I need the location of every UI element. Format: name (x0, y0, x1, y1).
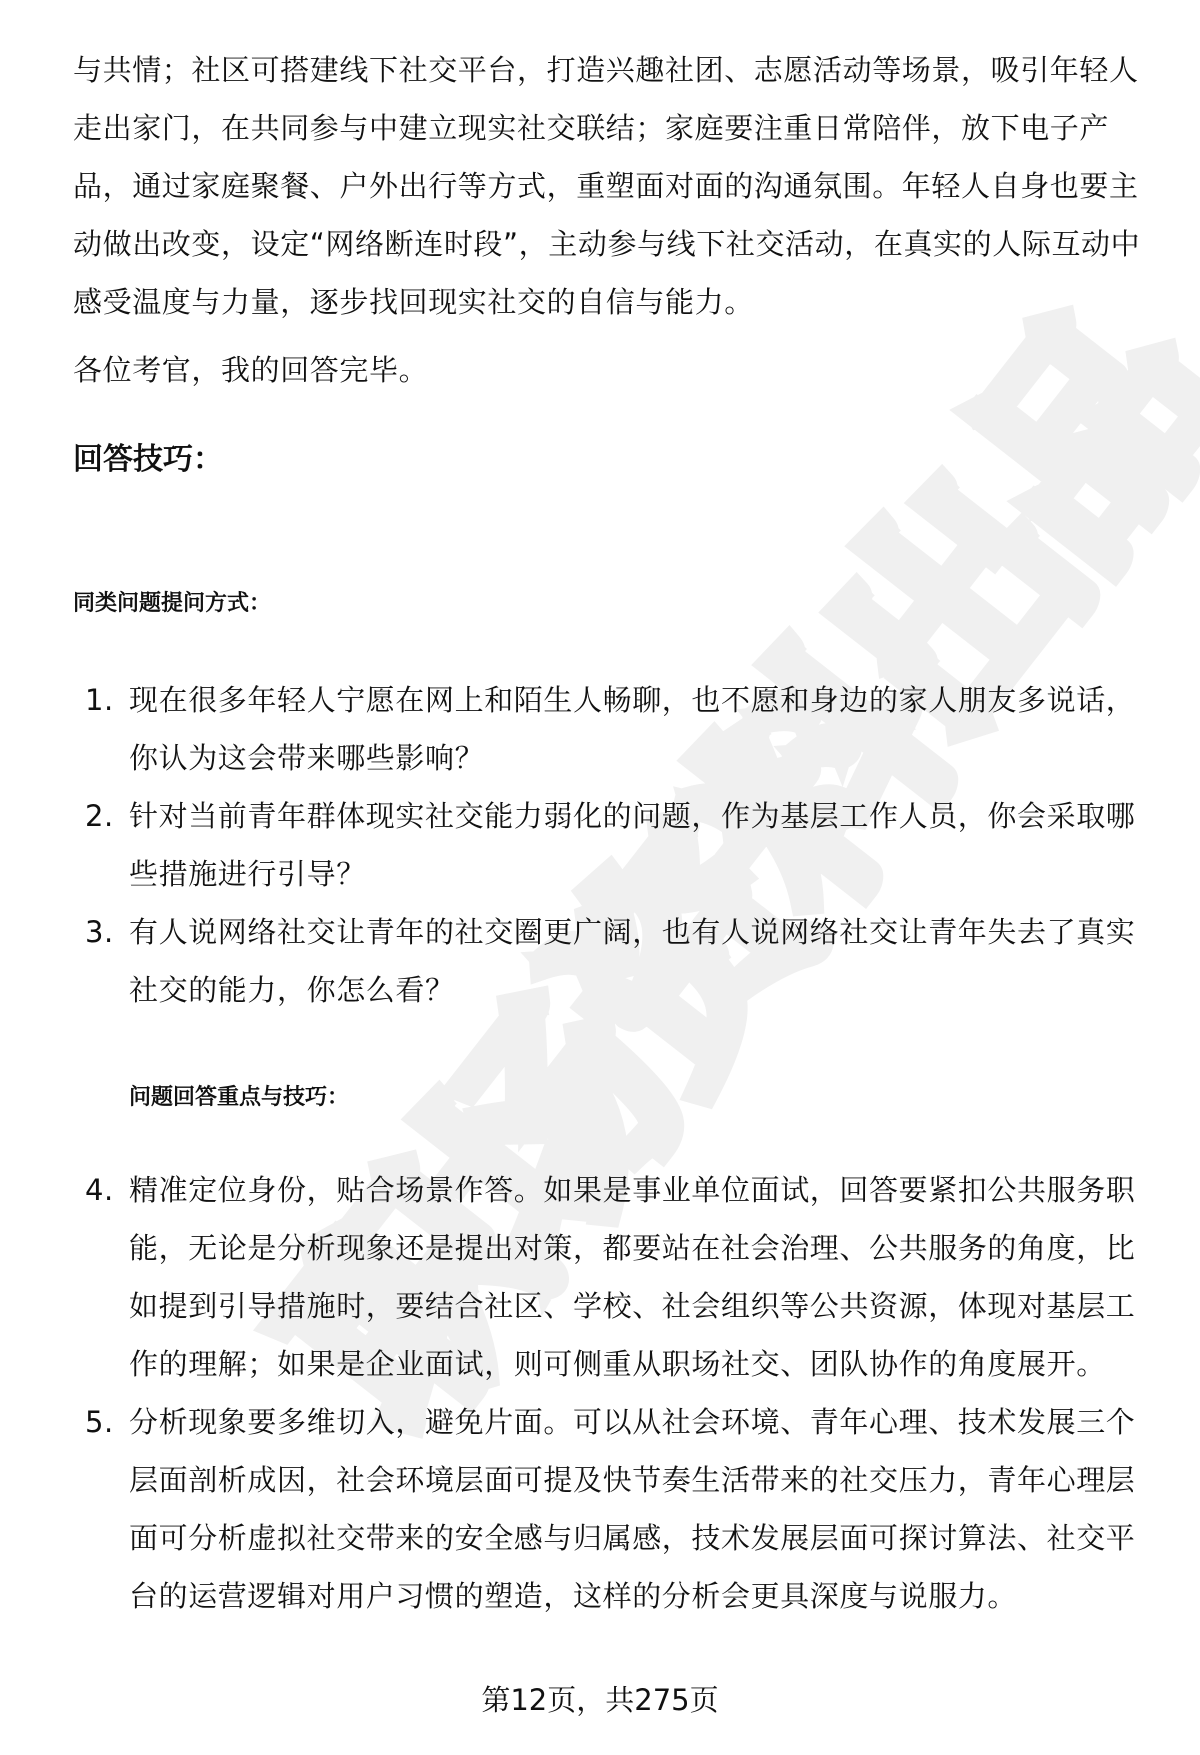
tips-heading: 回答技巧： (73, 440, 223, 480)
page-indicator: 第12页，共275页 (0, 1680, 1200, 1720)
key-points-heading: 问题回答重点与技巧： (129, 1083, 349, 1113)
list-item-question-3: 3. 有人说网络社交让青年的社交圈更广阔，也有人说网络社交让青年失去了真实社交的… (73, 903, 1153, 1019)
list-number: 1. (73, 671, 129, 787)
list-text: 精准定位身份，贴合场景作答。如果是事业单位面试，回答要紧扣公共服务职能，无论是分… (129, 1161, 1153, 1393)
list-item-question-1: 1. 现在很多年轻人宁愿在网上和陌生人畅聊，也不愿和身边的家人朋友多说话，你认为… (73, 671, 1153, 787)
list-text: 针对当前青年群体现实社交能力弱化的问题，作为基层工作人员，你会采取哪些措施进行引… (129, 787, 1153, 903)
similar-questions-heading: 同类问题提问方式： (73, 589, 271, 619)
list-text: 分析现象要多维切入，避免片面。可以从社会环境、青年心理、技术发展三个层面剖析成因… (129, 1393, 1153, 1625)
list-text: 现在很多年轻人宁愿在网上和陌生人畅聊，也不愿和身边的家人朋友多说话，你认为这会带… (129, 671, 1153, 787)
list-number: 3. (73, 903, 129, 1019)
list-item-key-point-4: 4. 精准定位身份，贴合场景作答。如果是事业单位面试，回答要紧扣公共服务职能，无… (73, 1161, 1153, 1393)
list-item-key-point-5: 5. 分析现象要多维切入，避免片面。可以从社会环境、青年心理、技术发展三个层面剖… (73, 1393, 1153, 1625)
continuation-paragraph: 与共情；社区可搭建线下社交平台，打造兴趣社团、志愿活动等场景，吸引年轻人走出家门… (73, 41, 1153, 331)
list-number: 2. (73, 787, 129, 903)
list-item-question-2: 2. 针对当前青年群体现实社交能力弱化的问题，作为基层工作人员，你会采取哪些措施… (73, 787, 1153, 903)
list-number: 5. (73, 1393, 129, 1625)
list-number: 4. (73, 1161, 129, 1393)
closing-line: 各位考官，我的回答完毕。 (73, 341, 1153, 399)
list-text: 有人说网络社交让青年的社交圈更广阔，也有人说网络社交让青年失去了真实社交的能力，… (129, 903, 1153, 1019)
